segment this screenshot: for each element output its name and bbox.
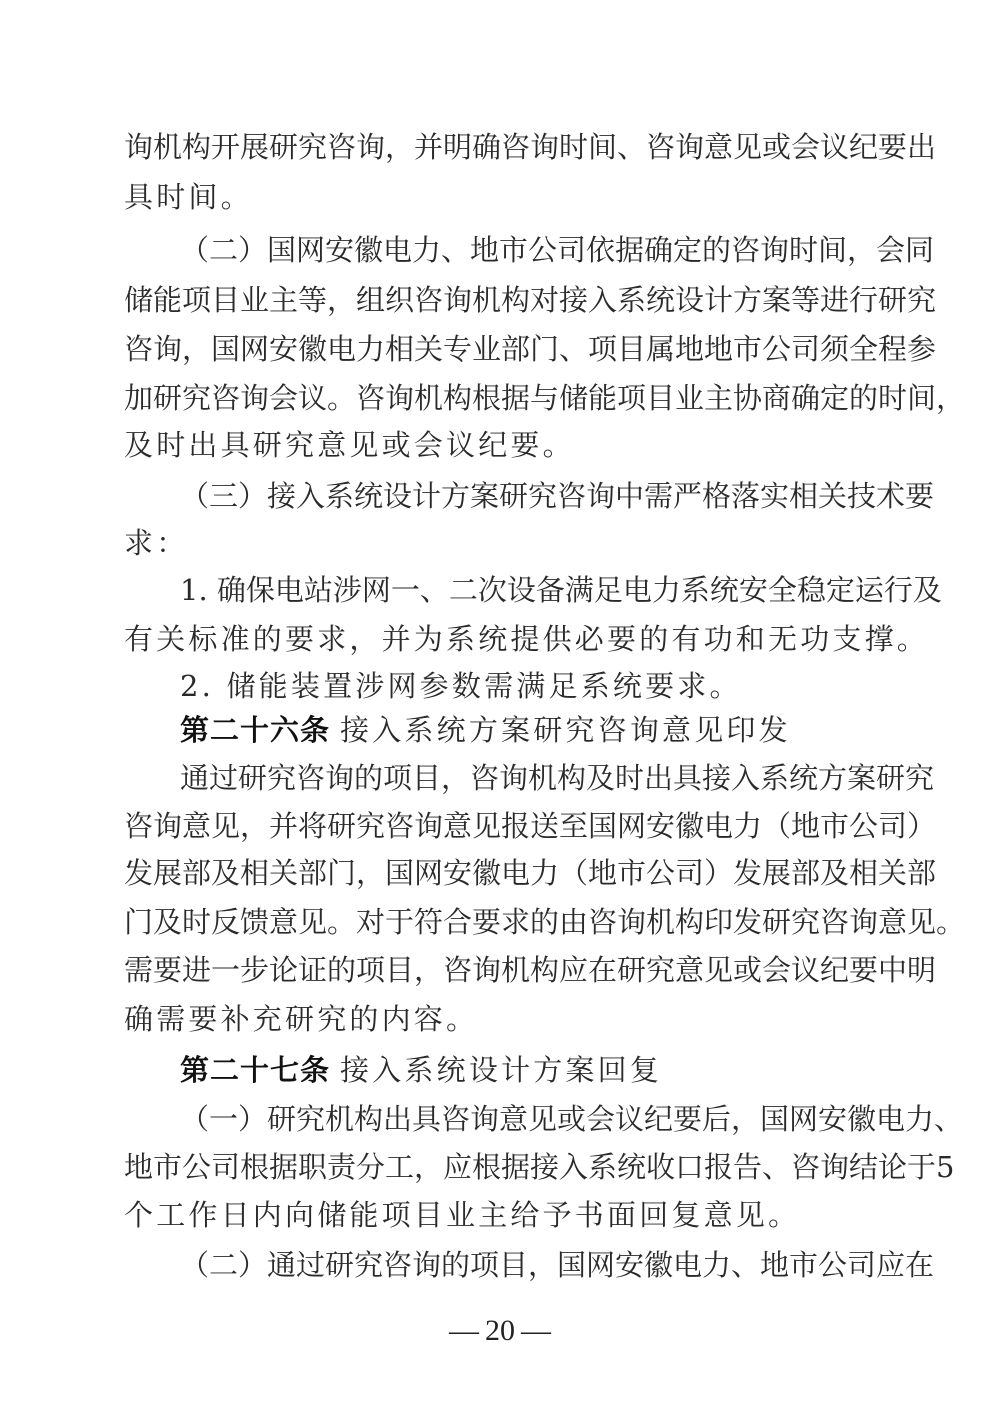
article-title: 接入系统方案研究咨询意见印发	[340, 713, 791, 747]
paragraph-line: 地市公司根据职责分工，应根据接入系统收口报告、咨询结论于5	[124, 1147, 876, 1187]
paragraph-line: 询机构开展研究咨询，并明确咨询时间、咨询意见或会议纪要出	[124, 127, 876, 167]
list-item-line: 1. 确保电站涉网一、二次设备满足电力系统安全稳定运行及	[180, 570, 876, 610]
paragraph-line: 门及时反馈意见。对于符合要求的由咨询机构印发研究咨询意见。	[124, 902, 876, 942]
paragraph-line: （三）接入系统设计方案研究咨询中需严格落实相关技术要	[180, 476, 876, 516]
paragraph-line: 咨询，国网安徽电力相关专业部门、项目属地地市公司须全程参	[124, 329, 876, 369]
article-heading-26: 第二十六条接入系统方案研究咨询意见印发	[180, 710, 876, 750]
paragraph-line: （一）研究机构出具咨询意见或会议纪要后，国网安徽电力、	[180, 1099, 876, 1139]
list-item-line: 有关标准的要求，并为系统提供必要的有功和无功支撑。	[124, 619, 876, 659]
list-item-line: 2. 储能装置涉网参数需满足系统要求。	[180, 666, 876, 706]
article-number: 第二十六条	[180, 713, 330, 747]
paragraph-line: 咨询意见，并将研究咨询意见报送至国网安徽电力（地市公司）	[124, 806, 876, 846]
article-number: 第二十七条	[180, 1053, 330, 1087]
paragraph-line: 加研究咨询会议。咨询机构根据与储能项目业主协商确定的时间，	[124, 378, 876, 418]
paragraph-line: 求：	[124, 523, 876, 563]
paragraph-line: 通过研究咨询的项目，咨询机构及时出具接入系统方案研究	[180, 758, 876, 798]
page-number-value: 20	[485, 1314, 515, 1347]
paragraph-line: 个工作日内向储能项目业主给予书面回复意见。	[124, 1195, 876, 1235]
paragraph-line: 及时出具研究意见或会议纪要。	[124, 425, 876, 465]
page-number-dash-left: —	[449, 1314, 479, 1347]
document-page: 询机构开展研究咨询，并明确咨询时间、咨询意见或会议纪要出 具时间。 （二）国网安…	[0, 0, 1000, 1414]
article-title: 接入系统设计方案回复	[340, 1053, 662, 1087]
paragraph-line: 具时间。	[124, 177, 876, 217]
paragraph-line: 发展部及相关部门，国网安徽电力（地市公司）发展部及相关部	[124, 853, 876, 893]
paragraph-line: 确需要补充研究的内容。	[124, 999, 876, 1039]
paragraph-line: 储能项目业主等，组织咨询机构对接入系统设计方案等进行研究	[124, 280, 876, 320]
article-heading-27: 第二十七条接入系统设计方案回复	[180, 1050, 876, 1090]
paragraph-line: 需要进一步论证的项目，咨询机构应在研究意见或会议纪要中明	[124, 950, 876, 990]
paragraph-line: （二）通过研究咨询的项目，国网安徽电力、地市公司应在	[180, 1245, 876, 1285]
paragraph-line: （二）国网安徽电力、地市公司依据确定的咨询时间，会同	[180, 230, 876, 270]
page-number: —20—	[0, 1313, 1000, 1349]
page-number-dash-right: —	[521, 1314, 551, 1347]
